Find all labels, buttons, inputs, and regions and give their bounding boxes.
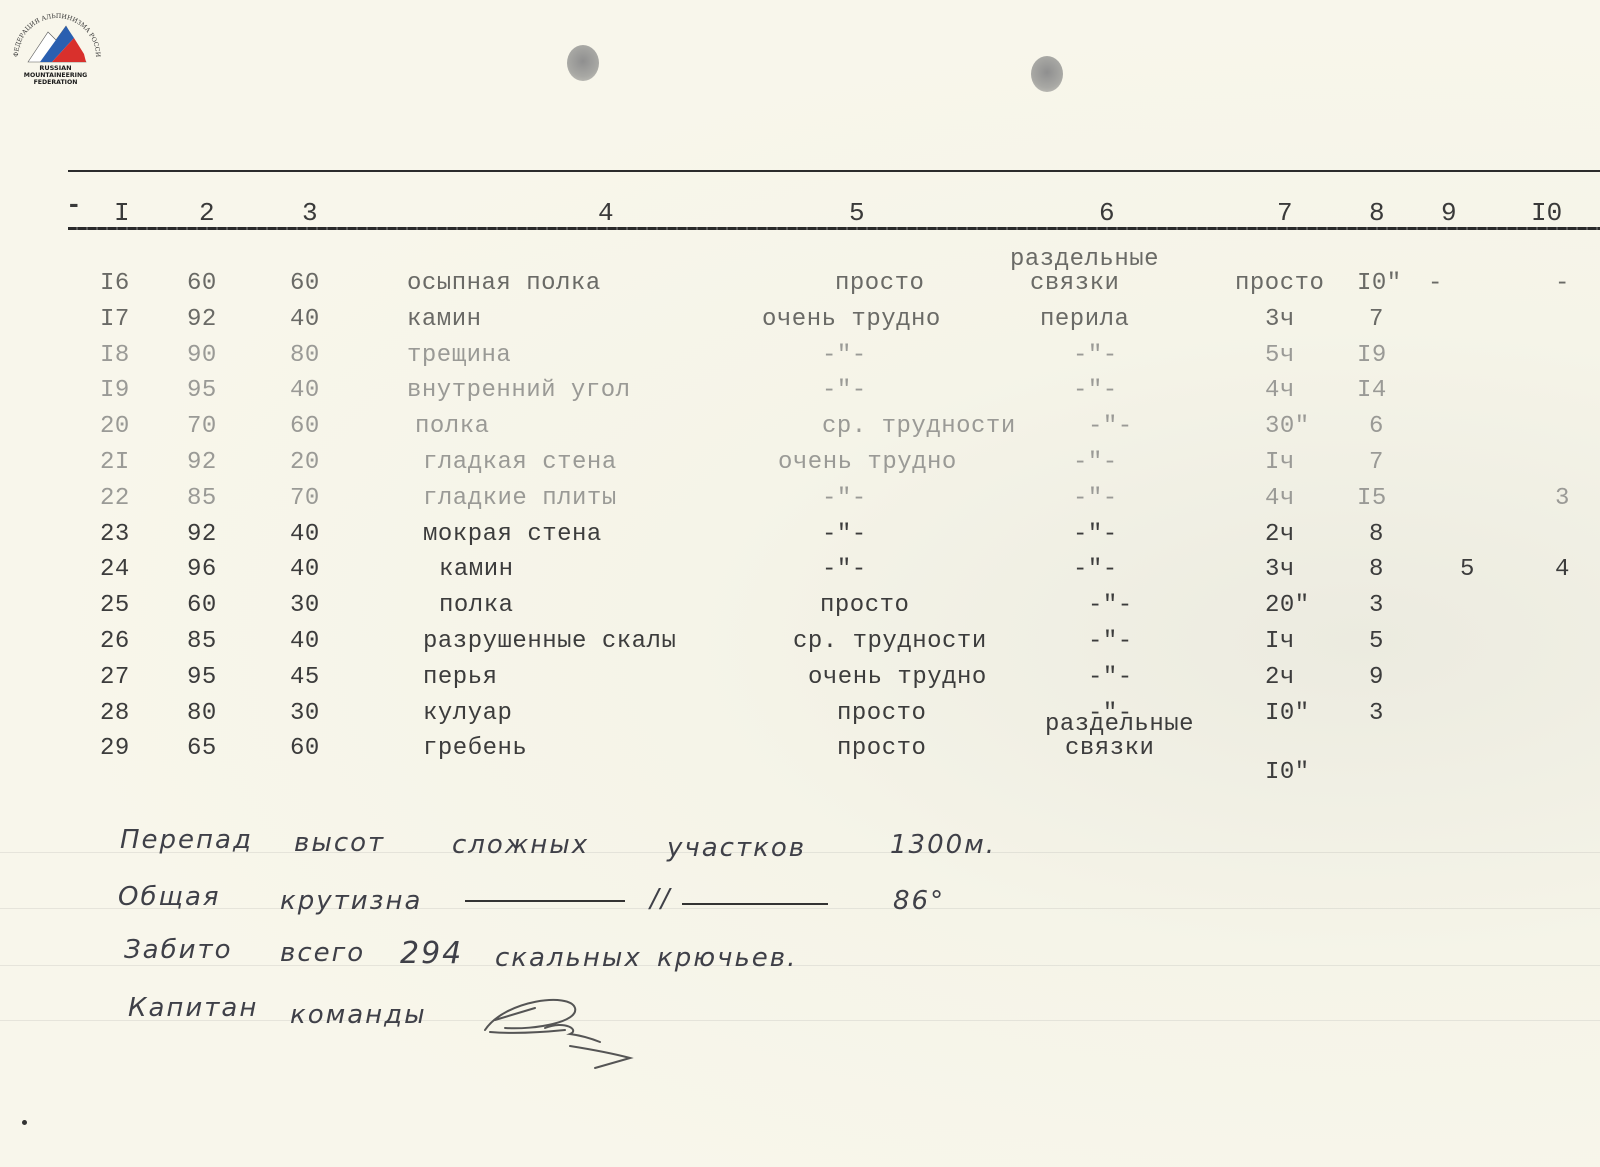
- cell-terrain: мокрая стена: [423, 521, 602, 548]
- cell-time: 20": [1265, 592, 1310, 619]
- cell-steepness: 85: [187, 628, 217, 655]
- cell-ice-pitons: -: [1428, 270, 1443, 297]
- stray-mark: [22, 1120, 27, 1125]
- cell-belay-method: перила: [1040, 306, 1129, 333]
- cell-rock-pitons: I4: [1357, 377, 1387, 404]
- cell-time: I0": [1265, 700, 1310, 727]
- cell-time: 2ч: [1265, 664, 1295, 691]
- cell-length: 40: [290, 377, 320, 404]
- cell-bolts: 4: [1555, 556, 1570, 583]
- cell-length: 40: [290, 306, 320, 333]
- cell-steepness: 90: [187, 342, 217, 369]
- cell-length: 45: [290, 664, 320, 691]
- column-header-3: 3: [302, 198, 318, 228]
- cell-steepness: 80: [187, 700, 217, 727]
- cell-length: 60: [290, 270, 320, 297]
- column-header-9: 9: [1441, 198, 1457, 228]
- pitons-count-value: 294: [400, 936, 463, 971]
- cell-steepness: 95: [187, 664, 217, 691]
- note-1-word-1: Перепад: [120, 825, 253, 855]
- cell-difficulty: просто: [837, 700, 926, 727]
- header-dash: -: [66, 190, 82, 220]
- ditto-line: [465, 900, 625, 902]
- captain-signature: [475, 990, 645, 1080]
- cell-difficulty: -"-: [822, 485, 867, 512]
- table-top-rule: [68, 170, 1600, 172]
- cell-time: просто: [1235, 270, 1324, 297]
- cell-rock-pitons: 9: [1369, 664, 1384, 691]
- federation-logo: ФЕДЕРАЦИЯ АЛЬПИНИЗМА РОССИИ RUSSIAN MOUN…: [8, 12, 103, 87]
- cell-section-number: 23: [100, 521, 130, 548]
- cell-time: I0": [1265, 759, 1310, 786]
- cell-time: Iч: [1265, 628, 1295, 655]
- cell-terrain: осыпная полка: [407, 270, 601, 297]
- cell-difficulty: -"-: [822, 521, 867, 548]
- cell-terrain: разрушенные скалы: [423, 628, 676, 655]
- cell-belay-method: -"-: [1073, 342, 1118, 369]
- column-header-6: 6: [1099, 198, 1115, 228]
- cell-length: 70: [290, 485, 320, 512]
- ditto-mark: //: [650, 884, 672, 914]
- column-header-10: I0: [1531, 198, 1562, 228]
- cell-terrain: полка: [439, 592, 514, 619]
- cell-rock-pitons: 3: [1369, 592, 1384, 619]
- cell-time: 30": [1265, 413, 1310, 440]
- cell-rock-pitons: I0": [1357, 270, 1402, 297]
- cell-rock-pitons: 5: [1369, 628, 1384, 655]
- cell-length: 60: [290, 413, 320, 440]
- cell-difficulty: очень трудно: [778, 449, 957, 476]
- cell-rock-pitons: 7: [1369, 306, 1384, 333]
- cell-belay-method: -"-: [1088, 592, 1133, 619]
- cell-time: 3ч: [1265, 556, 1295, 583]
- cell-steepness: 92: [187, 306, 217, 333]
- cell-belay-method: -"-: [1088, 664, 1133, 691]
- cell-difficulty: -"-: [822, 377, 867, 404]
- column-header-1: I: [114, 198, 130, 228]
- note-2-word-2: крутизна: [280, 886, 422, 916]
- column-header-2: 2: [199, 198, 215, 228]
- cell-section-number: I9: [100, 377, 130, 404]
- cell-terrain: гладкие плиты: [423, 485, 617, 512]
- cell-terrain: гребень: [423, 735, 527, 762]
- column-header-7: 7: [1277, 198, 1293, 228]
- cell-time: 5ч: [1265, 342, 1295, 369]
- note-2-word-1: Общая: [118, 882, 221, 912]
- cell-length: 20: [290, 449, 320, 476]
- notebook-rule: [0, 965, 1600, 966]
- cell-belay-method: раздельные: [1010, 246, 1159, 273]
- cell-section-number: 25: [100, 592, 130, 619]
- cell-section-number: 24: [100, 556, 130, 583]
- notebook-rule: [0, 908, 1600, 909]
- column-header-5: 5: [849, 198, 865, 228]
- cell-bolts: -: [1555, 270, 1570, 297]
- punch-hole: [567, 45, 599, 81]
- cell-rock-pitons: 3: [1369, 700, 1384, 727]
- cell-section-number: 27: [100, 664, 130, 691]
- column-header-8: 8: [1369, 198, 1385, 228]
- note-3-word-1: Забито: [124, 935, 233, 965]
- cell-terrain: гладкая стена: [423, 449, 617, 476]
- cell-belay-method: -"-: [1073, 485, 1118, 512]
- elevation-difference-value: 1300м.: [890, 830, 996, 860]
- cell-steepness: 65: [187, 735, 217, 762]
- cell-terrain: кулуар: [423, 700, 512, 727]
- note-3-word-4: крючьев.: [657, 943, 797, 973]
- ditto-line: [682, 903, 828, 905]
- cell-rock-pitons: 8: [1369, 556, 1384, 583]
- cell-section-number: 20: [100, 413, 130, 440]
- cell-difficulty: просто: [835, 270, 924, 297]
- cell-difficulty: просто: [837, 735, 926, 762]
- cell-belay-method: связки: [1030, 270, 1119, 297]
- cell-steepness: 95: [187, 377, 217, 404]
- cell-length: 80: [290, 342, 320, 369]
- cell-belay-method: -"-: [1073, 521, 1118, 548]
- note-3-word-2: всего: [280, 938, 365, 968]
- cell-rock-pitons: 6: [1369, 413, 1384, 440]
- svg-text:RUSSIAN: RUSSIAN: [39, 64, 71, 72]
- cell-length: 60: [290, 735, 320, 762]
- cell-difficulty: ср. трудности: [793, 628, 987, 655]
- cell-section-number: I6: [100, 270, 130, 297]
- cell-section-number: 28: [100, 700, 130, 727]
- cell-length: 30: [290, 592, 320, 619]
- cell-belay-method: -"-: [1088, 628, 1133, 655]
- mountain-flag-icon: ФЕДЕРАЦИЯ АЛЬПИНИЗМА РОССИИ RUSSIAN MOUN…: [8, 12, 103, 87]
- cell-rock-pitons: I5: [1357, 485, 1387, 512]
- cell-rock-pitons: 7: [1369, 449, 1384, 476]
- cell-ice-pitons: 5: [1460, 556, 1475, 583]
- cell-difficulty: -"-: [822, 342, 867, 369]
- cell-difficulty: очень трудно: [808, 664, 987, 691]
- cell-steepness: 92: [187, 521, 217, 548]
- cell-length: 30: [290, 700, 320, 727]
- svg-text:FEDERATION: FEDERATION: [34, 79, 78, 86]
- cell-difficulty: ср. трудности: [822, 413, 1016, 440]
- note-4-word-1: Капитан: [128, 993, 258, 1023]
- scanned-page: ФЕДЕРАЦИЯ АЛЬПИНИЗМА РОССИИ RUSSIAN MOUN…: [0, 0, 1600, 1167]
- table-header-rule: [68, 227, 1600, 230]
- cell-section-number: I7: [100, 306, 130, 333]
- svg-text:MOUNTAINEERING: MOUNTAINEERING: [24, 72, 87, 79]
- cell-section-number: 2I: [100, 449, 130, 476]
- note-3-word-3: скальных: [495, 943, 642, 973]
- cell-steepness: 60: [187, 270, 217, 297]
- cell-belay-method: -"-: [1088, 413, 1133, 440]
- cell-belay-method: -"-: [1073, 449, 1118, 476]
- cell-length: 40: [290, 556, 320, 583]
- punch-hole: [1031, 56, 1063, 92]
- cell-time: 3ч: [1265, 306, 1295, 333]
- cell-steepness: 85: [187, 485, 217, 512]
- note-1-word-3: сложных: [452, 830, 589, 860]
- cell-belay-method: раздельные: [1045, 711, 1194, 738]
- cell-terrain: камин: [407, 306, 482, 333]
- cell-terrain: камин: [439, 556, 514, 583]
- cell-time: Iч: [1265, 449, 1295, 476]
- cell-belay-method: -"-: [1073, 377, 1118, 404]
- cell-terrain: полка: [415, 413, 490, 440]
- cell-section-number: I8: [100, 342, 130, 369]
- cell-time: 2ч: [1265, 521, 1295, 548]
- cell-section-number: 22: [100, 485, 130, 512]
- steepness-value: 86°: [893, 886, 945, 916]
- note-1-word-4: участков: [667, 833, 806, 863]
- cell-difficulty: очень трудно: [762, 306, 941, 333]
- note-4-word-2: команды: [290, 1000, 427, 1030]
- cell-steepness: 92: [187, 449, 217, 476]
- cell-terrain: внутренний угол: [407, 377, 631, 404]
- column-header-4: 4: [598, 198, 614, 228]
- cell-time: 4ч: [1265, 485, 1295, 512]
- cell-steepness: 96: [187, 556, 217, 583]
- cell-difficulty: просто: [820, 592, 909, 619]
- cell-steepness: 60: [187, 592, 217, 619]
- cell-terrain: перья: [423, 664, 498, 691]
- cell-steepness: 70: [187, 413, 217, 440]
- cell-belay-method: связки: [1065, 735, 1154, 762]
- cell-time: 4ч: [1265, 377, 1295, 404]
- cell-difficulty: -"-: [822, 556, 867, 583]
- cell-terrain: трещина: [407, 342, 511, 369]
- cell-section-number: 26: [100, 628, 130, 655]
- cell-belay-method: -"-: [1073, 556, 1118, 583]
- cell-length: 40: [290, 521, 320, 548]
- cell-rock-pitons: I9: [1357, 342, 1387, 369]
- cell-section-number: 29: [100, 735, 130, 762]
- note-1-word-2: высот: [294, 828, 385, 858]
- cell-bolts: 3: [1555, 485, 1570, 512]
- cell-rock-pitons: 8: [1369, 521, 1384, 548]
- cell-length: 40: [290, 628, 320, 655]
